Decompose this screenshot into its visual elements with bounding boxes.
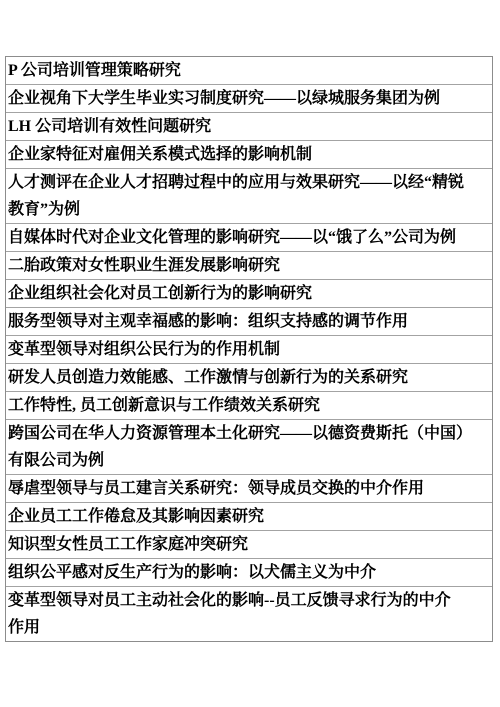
- topic-title: 研发人员创造力效能感、工作激情与创新行为的关系研究: [8, 369, 408, 386]
- table-row: LH 公司培训有效性问题研究: [6, 113, 492, 141]
- table-row: 自媒体时代对企业文化管理的影响研究——以“饿了么”公司为例: [6, 224, 492, 252]
- table-row: 知识型女性员工工作家庭冲突研究: [6, 531, 492, 559]
- table-row: 变革型领导对员工主动社会化的影响--员工反馈寻求行为的中介 作用: [6, 587, 492, 641]
- table-row: P 公司培训管理策略研究: [6, 57, 492, 85]
- topic-title: 工作特性, 员工创新意识与工作绩效关系研究: [8, 397, 320, 414]
- table-row: 服务型领导对主观幸福感的影响：组织支持感的调节作用: [6, 308, 492, 336]
- table-row: 企业家特征对雇佣关系模式选择的影响机制: [6, 141, 492, 169]
- topic-title: 知识型女性员工工作家庭冲突研究: [8, 536, 248, 553]
- topic-title: 二胎政策对女性职业生涯发展影响研究: [8, 257, 280, 274]
- topic-title: 自媒体时代对企业文化管理的影响研究——以“饿了么”公司为例: [8, 229, 456, 246]
- table-row: 组织公平感对反生产行为的影响：以犬儒主义为中介: [6, 559, 492, 587]
- topic-title: 企业视角下大学生毕业实习制度研究——以绿城服务集团为例: [8, 90, 440, 107]
- topic-title: 辱虐型领导与员工建言关系研究：领导成员交换的中介作用: [8, 480, 424, 497]
- topic-title: 变革型领导对组织公民行为的作用机制: [8, 341, 280, 358]
- table-row: 跨国公司在华人力资源管理本土化研究——以德资费斯托（中国） 有限公司为例: [6, 420, 492, 475]
- thesis-topics-table: P 公司培训管理策略研究 企业视角下大学生毕业实习制度研究——以绿城服务集团为例…: [5, 56, 493, 642]
- topic-title: LH 公司培训有效性问题研究: [8, 118, 211, 135]
- topic-title: 企业组织社会化对员工创新行为的影响研究: [8, 285, 312, 302]
- topic-title: 服务型领导对主观幸福感的影响：组织支持感的调节作用: [8, 313, 408, 330]
- table-row: 辱虐型领导与员工建言关系研究：领导成员交换的中介作用: [6, 475, 492, 503]
- table-row: 企业组织社会化对员工创新行为的影响研究: [6, 280, 492, 308]
- topic-title: 跨国公司在华人力资源管理本土化研究——以德资费斯托（中国） 有限公司为例: [8, 425, 472, 469]
- topic-title: P 公司培训管理策略研究: [8, 62, 181, 79]
- table-row: 企业员工工作倦怠及其影响因素研究: [6, 503, 492, 531]
- topic-title: 人才测评在企业人才招聘过程中的应用与效果研究——以经“精锐 教育”为例: [8, 174, 464, 218]
- table-row: 研发人员创造力效能感、工作激情与创新行为的关系研究: [6, 364, 492, 392]
- topic-title: 企业员工工作倦怠及其影响因素研究: [8, 508, 264, 525]
- table-row: 变革型领导对组织公民行为的作用机制: [6, 336, 492, 364]
- topic-title: 企业家特征对雇佣关系模式选择的影响机制: [8, 146, 312, 163]
- table-row: 工作特性, 员工创新意识与工作绩效关系研究: [6, 392, 492, 420]
- topic-title: 组织公平感对反生产行为的影响：以犬儒主义为中介: [8, 564, 376, 581]
- topic-title: 变革型领导对员工主动社会化的影响--员工反馈寻求行为的中介 作用: [8, 592, 451, 636]
- table-row: 二胎政策对女性职业生涯发展影响研究: [6, 252, 492, 280]
- table-row: 企业视角下大学生毕业实习制度研究——以绿城服务集团为例: [6, 85, 492, 113]
- table-row: 人才测评在企业人才招聘过程中的应用与效果研究——以经“精锐 教育”为例: [6, 169, 492, 224]
